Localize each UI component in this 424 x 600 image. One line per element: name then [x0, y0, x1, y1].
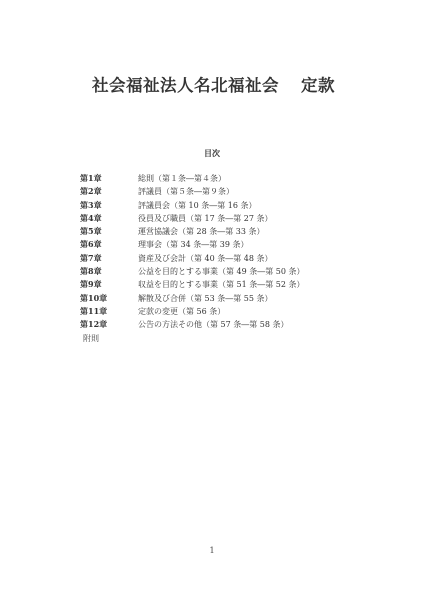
chapter-title: 運営協議会（第 28 条―第 33 条） — [138, 225, 265, 238]
chapter-title: 総則（第１条―第４条） — [138, 172, 226, 185]
chapter-number: 第12章 — [80, 318, 107, 331]
chapter-number: 第8章 — [80, 265, 102, 278]
chapter-title: 役員及び職員（第 17 条―第 27 条） — [138, 212, 273, 225]
appendix-label: 附則 — [80, 332, 99, 345]
page-number: 1 — [0, 546, 424, 555]
chapter-number: 第2章 — [80, 185, 102, 198]
chapter-title: 解散及び合併（第 53 条―第 55 条） — [138, 292, 273, 305]
toc-row: 第11章定款の変更（第 56 条） — [80, 305, 99, 318]
chapter-number: 第5章 — [80, 225, 102, 238]
toc-row: 第6章理事会（第 34 条―第 39 条） — [80, 238, 99, 251]
chapter-title: 公告の方法その他（第 57 条―第 58 条） — [138, 318, 289, 331]
toc-row: 第9章収益を目的とする事業（第 51 条―第 52 条） — [80, 278, 99, 291]
chapter-title: 評議員会（第 10 条―第 16 条） — [138, 199, 257, 212]
chapter-number: 第3章 — [80, 199, 102, 212]
toc-row: 第1章総則（第１条―第４条） — [80, 172, 99, 185]
toc-row: 第2章評議員（第５条―第９条） — [80, 185, 99, 198]
title-main: 社会福祉法人名北福祉会 — [92, 76, 279, 95]
chapter-title: 評議員（第５条―第９条） — [138, 185, 234, 198]
chapter-number: 第7章 — [80, 252, 102, 265]
toc-row: 第12章公告の方法その他（第 57 条―第 58 条） — [80, 318, 99, 331]
document-title: 社会福祉法人名北福祉会定款 — [92, 72, 335, 96]
toc-row: 第10章解散及び合併（第 53 条―第 55 条） — [80, 292, 99, 305]
chapter-number: 第9章 — [80, 278, 102, 291]
toc-row: 第3章評議員会（第 10 条―第 16 条） — [80, 199, 99, 212]
chapter-number: 第11章 — [80, 305, 107, 318]
chapter-title: 公益を目的とする事業（第 49 条―第 50 条） — [138, 265, 305, 278]
chapter-number: 第10章 — [80, 292, 107, 305]
table-of-contents: 第1章総則（第１条―第４条） 第2章評議員（第５条―第９条） 第3章評議員会（第… — [80, 172, 99, 345]
toc-heading: 目次 — [0, 148, 424, 159]
toc-row: 第5章運営協議会（第 28 条―第 33 条） — [80, 225, 99, 238]
chapter-title: 収益を目的とする事業（第 51 条―第 52 条） — [138, 278, 305, 291]
chapter-title: 定款の変更（第 56 条） — [138, 305, 225, 318]
toc-row: 第4章役員及び職員（第 17 条―第 27 条） — [80, 212, 99, 225]
chapter-title: 理事会（第 34 条―第 39 条） — [138, 238, 249, 251]
toc-row: 第7章資産及び会計（第 40 条―第 48 条） — [80, 252, 99, 265]
toc-row: 第8章公益を目的とする事業（第 49 条―第 50 条） — [80, 265, 99, 278]
title-suffix: 定款 — [301, 76, 335, 95]
chapter-number: 第6章 — [80, 238, 102, 251]
chapter-title: 資産及び会計（第 40 条―第 48 条） — [138, 252, 273, 265]
chapter-number: 第4章 — [80, 212, 102, 225]
chapter-number: 第1章 — [80, 172, 102, 185]
